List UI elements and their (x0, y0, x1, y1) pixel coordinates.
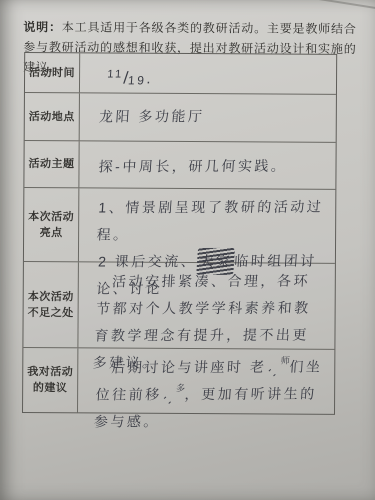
suggestion-text: 后期讨论与讲座时 老 (111, 359, 267, 376)
date-period: . (146, 70, 154, 87)
handwritten-suggestions: 后期讨论与讲座时 老师们坐位往前移多，更加有听讲生的参与感。 (93, 353, 326, 435)
table-row: 活动地点 龙阳 多功能厅 (25, 93, 336, 143)
row-label-activity-theme: 活动主题 (24, 141, 79, 187)
activity-theme-value-cell: 探-中周长，研几何实践。 (79, 141, 335, 189)
label-text: 活动主题 (28, 156, 74, 172)
table-row: 活动时间 11/19. (25, 53, 336, 95)
activity-time-value-cell: 11/19. (80, 53, 336, 94)
activity-shortcomings-value-cell: 活动安排紧凑、合理，各环节都对个人教学学科素养和教育教学理念有提升，提不出更多建… (78, 262, 335, 349)
row-label-activity-time: 活动时间 (25, 53, 80, 92)
activity-location-value-cell: 龙阳 多功能厅 (80, 93, 336, 142)
handwritten-activity-theme: 探-中周长，研几何实践。 (98, 152, 328, 180)
row-label-my-suggestions: 我对活动 的建议 (23, 348, 78, 412)
label-text: 本次活动 (28, 209, 74, 225)
label-text: 亮点 (40, 225, 63, 241)
row-label-activity-highlights: 本次活动 亮点 (24, 188, 79, 261)
label-text: 活动地点 (29, 109, 75, 125)
table-row: 本次活动 不足之处 活动安排紧凑、合理，各环节都对个人教学学科素养和教育教学理念… (23, 262, 335, 350)
date-numerator: 11 (107, 68, 124, 80)
row-label-activity-shortcomings: 本次活动 不足之处 (23, 262, 79, 347)
handwritten-activity-location: 龙阳 多功能厅 (98, 102, 328, 130)
paper-sheet: 说明：本工具适用于各级各类的教研活动。主要是教师结合参与教研活动的感想和收获，提… (0, 0, 375, 500)
handwritten-highlight-1: 1、情景剧呈现了教研的活动过程。 (96, 193, 328, 248)
label-text: 不足之处 (28, 305, 74, 321)
row-label-activity-location: 活动地点 (25, 93, 80, 140)
my-suggestions-value-cell: 后期讨论与讲座时 老师们坐位往前移多，更加有听讲生的参与感。 (78, 348, 334, 414)
table-row: 我对活动 的建议 后期讨论与讲座时 老师们坐位往前移多，更加有听讲生的参与感。 (23, 348, 334, 414)
label-text: 活动时间 (29, 65, 75, 81)
table-row: 本次活动 亮点 1、情景剧呈现了教研的活动过程。 2 课后交流、大家临时组团讨论… (24, 188, 335, 264)
instructions-label: 说明： (23, 20, 62, 34)
handwritten-activity-time: 11/19. (106, 61, 328, 95)
activity-feedback-table: 活动时间 11/19. 活动地点 龙阳 多功能厅 活动主题 (22, 52, 337, 415)
activity-highlights-value-cell: 1、情景剧呈现了教研的活动过程。 2 课后交流、大家临时组团讨论、讨论 (79, 188, 335, 263)
table-row: 活动主题 探-中周长，研几何实践。 (24, 141, 335, 190)
label-text: 的建议 (33, 380, 68, 396)
date-denominator: 19 (128, 73, 147, 87)
photographed-feedback-form: 说明：本工具适用于各级各类的教研活动。主要是教师结合参与教研活动的感想和收获，提… (0, 0, 375, 500)
label-text: 本次活动 (28, 289, 74, 305)
label-text: 我对活动 (27, 364, 73, 380)
